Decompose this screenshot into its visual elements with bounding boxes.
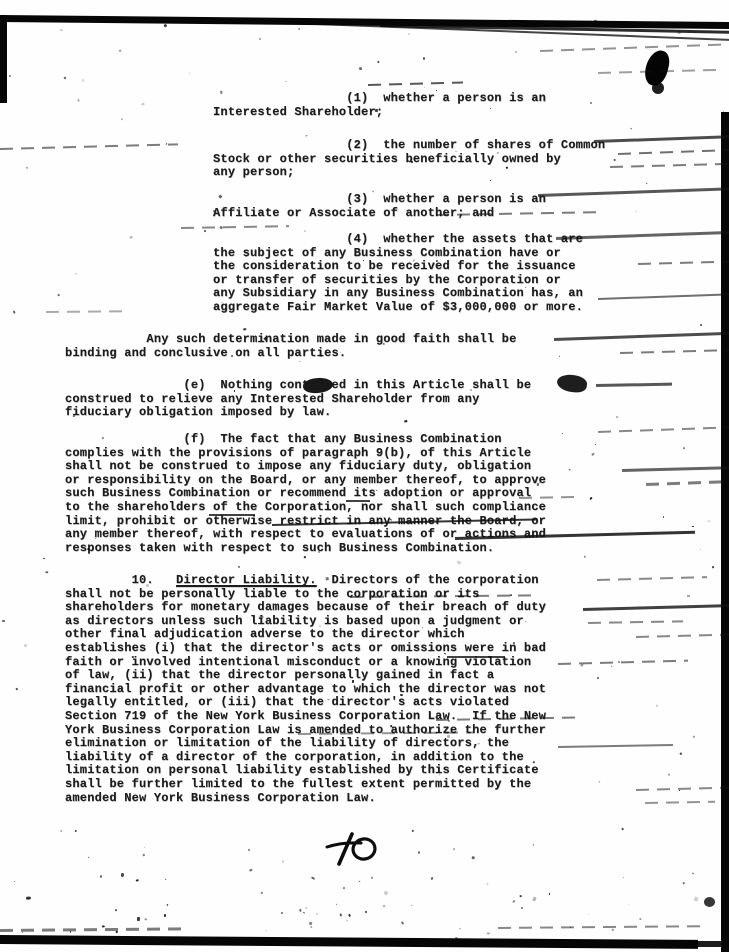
director-paragraph-number: 10. xyxy=(65,573,176,587)
typewritten-text-layer: (1) whether a person is an Interested Sh… xyxy=(0,0,729,952)
scanned-document-page: (1) whether a person is an Interested Sh… xyxy=(0,0,729,952)
paragraph-determination: Any such determination made in good fait… xyxy=(65,333,516,360)
clause-item-1: (1) whether a person is an Interested Sh… xyxy=(65,92,546,119)
clause-item-2: (2) the number of shares of Common Stock… xyxy=(65,139,605,180)
director-liability-heading: Director Liability. xyxy=(176,573,317,587)
director-line1-rest: Directors of the corporation xyxy=(317,573,539,587)
paragraph-clause-e: (e) Nothing contained in this Article sh… xyxy=(65,379,531,420)
director-paragraph-body: shall not be personally liable to the co… xyxy=(65,587,546,805)
clause-item-4: (4) whether the assets that are the subj… xyxy=(65,233,583,315)
handwritten-page-number xyxy=(322,828,384,872)
paragraph-director-liability: 10. Director Liability. Directors of the… xyxy=(65,574,546,805)
clause-item-3: (3) whether a person is an Affiliate or … xyxy=(65,193,546,220)
paragraph-clause-f: (f) The fact that any Business Combinati… xyxy=(65,433,546,555)
